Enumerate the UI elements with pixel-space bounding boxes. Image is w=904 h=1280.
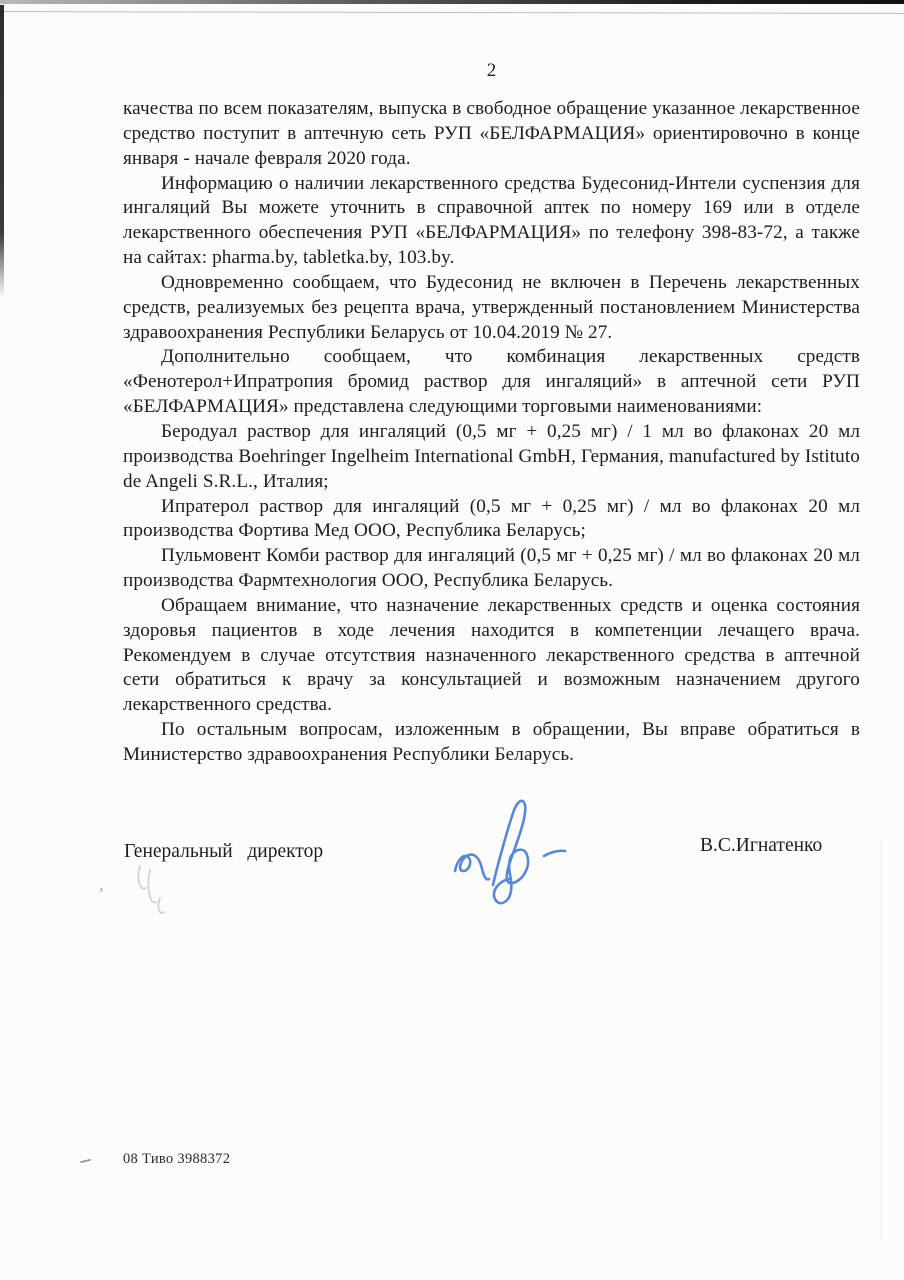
paragraph-ipraterol: Ипратерол раствор для ингаляций (0,5 мг … [123,495,860,545]
signer-name: В.С.Игнатенко [700,835,822,857]
handwritten-signature-ink [447,793,582,911]
paragraph-berodual: Беродуал раствор для ингаляций (0,5 мг +… [123,420,860,495]
scanned-letter-page: 2 качества по всем показателям, выпуска … [0,0,904,1280]
stray-pen-mark-artifact [80,1159,91,1164]
stray-mark-artifact: , [99,878,106,895]
scan-top-line-artifact [0,11,904,14]
paragraph-budesonid-list: Одновременно сообщаем, что Будесонид не … [123,271,860,346]
paragraph-pulmovent: Пульмовент Комби раствор для ингаляций (… [123,544,860,594]
faint-ink-smudge-artifact [130,858,175,918]
page-number: 2 [123,60,860,82]
paragraph-ministry-note: По остальным вопросам, изложенным в обра… [123,718,860,768]
letter-body: качества по всем показателям, выпуска в … [123,97,860,768]
paragraph-continuation: качества по всем показателям, выпуска в … [123,97,860,172]
scan-left-edge-artifact [0,5,4,297]
scan-top-edge-artifact [0,0,904,4]
paragraph-doctor-advice: Обращаем внимание, что назначение лекарс… [123,594,860,718]
paragraph-availability-info: Информацию о наличии лекарственного сред… [123,172,860,271]
document-footer-code: 08 Тиво 3988372 [123,1151,230,1168]
paragraph-combination-intro: Дополнительно сообщаем, что комбинация л… [123,345,860,420]
scan-right-line-artifact [881,840,882,1240]
